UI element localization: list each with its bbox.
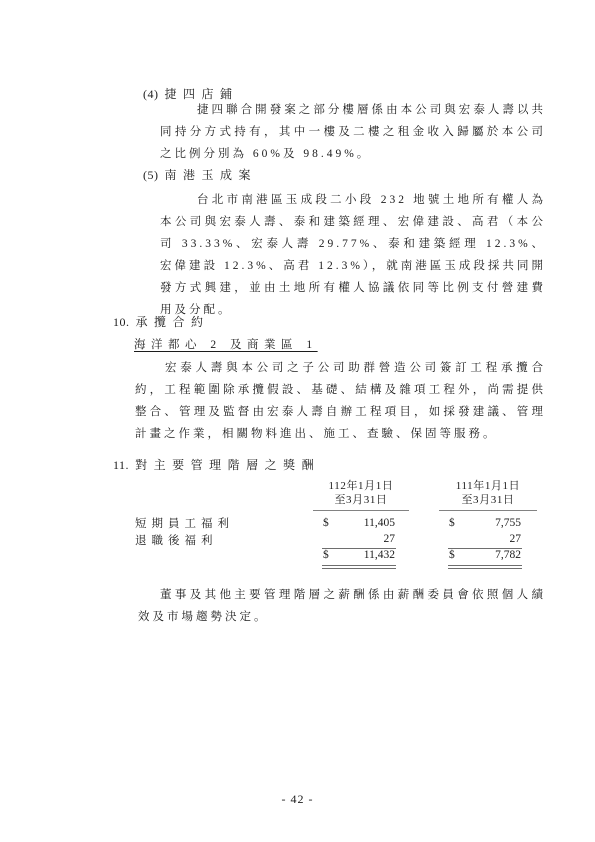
amount-cell: $ 11,405 <box>322 516 396 532</box>
amount-value: 11,432 <box>329 548 395 563</box>
item-10-heading: 10. 承攬合約 <box>113 314 210 330</box>
closing-paragraph: 董事及其他主要管理階層之薪酬係由薪酬委員會依照個人績效及市場趨勢決定。 <box>138 584 546 628</box>
period-header-prior: 111年1月1日 至3月31日 <box>439 479 537 511</box>
amount-cell: 27 <box>322 532 396 549</box>
item-5-heading: (5) 南港玉成案 <box>143 167 257 183</box>
compensation-table: 112年1月1日 至3月31日 111年1月1日 至3月31日 短期員工福利 $… <box>135 479 539 569</box>
amount-value: 7,782 <box>455 548 521 563</box>
table-row: 退職後福利 27 27 <box>135 532 539 549</box>
amount-value: 11,405 <box>329 516 395 531</box>
table-header-row: 112年1月1日 至3月31日 111年1月1日 至3月31日 <box>135 479 539 511</box>
period-header-current-line1: 112年1月1日 <box>313 479 409 493</box>
table-header-spacer <box>135 479 313 511</box>
item-11-heading: 11. 對主要管理階層之獎酬 <box>113 457 320 473</box>
period-header-prior-line2: 至3月31日 <box>439 493 537 507</box>
amount-value: 27 <box>323 532 395 547</box>
item-10-subheading: 海洋都心 2 及商業區 1 <box>134 336 318 352</box>
item-4-paragraph: 捷四聯合開發案之部分樓層係由本公司與宏泰人壽以共同持分方式持有，其中一樓及二樓之… <box>160 99 546 165</box>
item-10-number: 10. <box>113 314 130 330</box>
item-5-paragraph: 台北市南港區玉成段二小段 232 地號土地所有權人為本公司與宏泰人壽、泰和建築經… <box>160 189 546 321</box>
item-10-title: 承攬合約 <box>136 314 210 330</box>
period-header-prior-line1: 111年1月1日 <box>439 479 537 493</box>
item-5-title: 南港玉成案 <box>165 167 258 183</box>
amount-cell: 27 <box>448 532 522 549</box>
period-header-current: 112年1月1日 至3月31日 <box>313 479 409 511</box>
document-page: (4) 捷四店鋪 捷四聯合開發案之部分樓層係由本公司與宏泰人壽以共同持分方式持有… <box>0 0 595 842</box>
page-number: - 42 - <box>0 792 595 807</box>
period-header-current-line2: 至3月31日 <box>313 493 409 507</box>
table-row: 短期員工福利 $ 11,405 $ 7,755 <box>135 515 539 532</box>
amount-cell: $ 7,755 <box>448 516 522 532</box>
amount-value: 27 <box>449 532 521 547</box>
item-11-title: 對主要管理階層之獎酬 <box>135 457 320 473</box>
item-11-number: 11. <box>113 457 129 473</box>
row-label: 短期員工福利 <box>135 516 313 532</box>
total-amount-cell: $ 11,432 <box>322 548 396 569</box>
item-10-paragraph: 宏泰人壽與本公司之子公司助群營造公司簽訂工程承攬合約，工程範圍除承攬假設、基礎、… <box>135 357 546 445</box>
amount-value: 7,755 <box>455 516 521 531</box>
table-total-row: $ 11,432 $ 7,782 <box>135 549 539 569</box>
item-5-number: (5) <box>143 167 159 183</box>
item-4-number: (4) <box>143 86 159 102</box>
total-amount-cell: $ 7,782 <box>448 548 522 569</box>
row-label: 退職後福利 <box>135 533 313 549</box>
